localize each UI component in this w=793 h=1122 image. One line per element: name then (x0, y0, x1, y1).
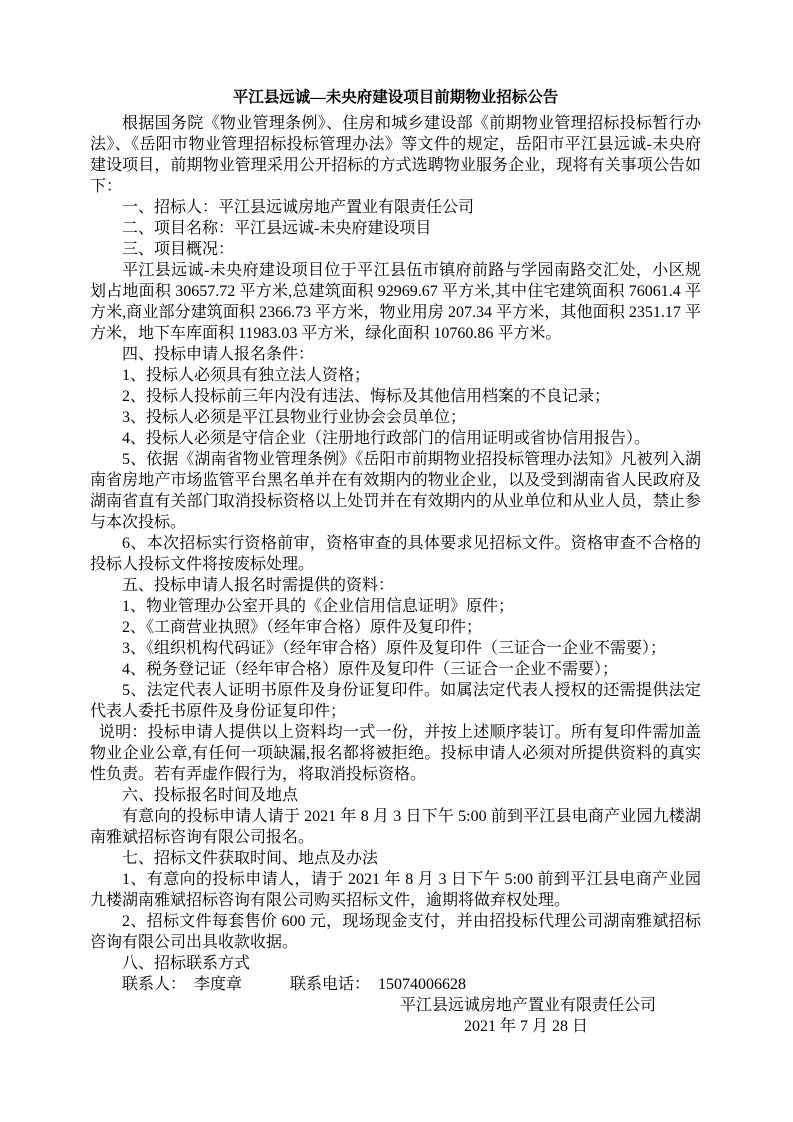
paragraph: 2021 年 7 月 28 日 (90, 1016, 701, 1037)
paragraph: 3、投标人必须是平江县物业行业协会会员单位； (90, 407, 701, 428)
paragraph: 七、招标文件获取时间、地点及办法 (90, 848, 701, 869)
paragraph: 4、税务登记证（经年审合格）原件及复印件（三证合一企业不需要）； (90, 659, 701, 680)
paragraph: 六、投标报名时间及地点 (90, 785, 701, 806)
paragraph: 6、本次招标实行资格前审，资格审查的具体要求见招标文件。资格审查不合格的投标人投… (90, 533, 701, 575)
paragraph: 5、法定代表人证明书原件及身份证复印件。如属法定代表人授权的还需提供法定代表人委… (90, 680, 701, 722)
paragraph: 八、招标联系方式 (90, 953, 701, 974)
paragraph: 一、招标人：平江县远诚房地产置业有限责任公司 (90, 197, 701, 218)
paragraph: 1、物业管理办公室开具的《企业信用信息证明》原件； (90, 596, 701, 617)
paragraph: 2、《工商营业执照》（经年审合格）原件及复印件； (90, 617, 701, 638)
document-page: 平江县远诚—未央府建设项目前期物业招标公告 根据国务院《物业管理条例》、住房和城… (0, 0, 793, 1122)
paragraph: 说明：投标申请人提供以上资料均一式一份，并按上述顺序装订。所有复印件需加盖物业企… (90, 722, 701, 785)
paragraph: 根据国务院《物业管理条例》、住房和城乡建设部《前期物业管理招标投标暂行办法》、《… (90, 113, 701, 197)
paragraph: 1、投标人必须具有独立法人资格； (90, 365, 701, 386)
paragraph: 五、投标申请人报名时需提供的资料： (90, 575, 701, 596)
document-title: 平江县远诚—未央府建设项目前期物业招标公告 (90, 87, 701, 108)
paragraph: 三、项目概况： (90, 239, 701, 260)
paragraph: 2、投标人投标前三年内没有违法、悔标及其他信用档案的不良记录； (90, 386, 701, 407)
paragraph: 有意向的投标申请人请于 2021 年 8 月 3 日下午 5:00 前到平江县电… (90, 806, 701, 848)
paragraph: 5、依据《湖南省物业管理条例》《岳阳市前期物业招投标管理办法知》凡被列入湖南省房… (90, 449, 701, 533)
paragraph: 四、投标申请人报名条件： (90, 344, 701, 365)
document-body: 根据国务院《物业管理条例》、住房和城乡建设部《前期物业管理招标投标暂行办法》、《… (90, 113, 701, 1037)
paragraph: 4、投标人必须是守信企业（注册地行政部门的信用证明或省协信用报告）。 (90, 428, 701, 449)
paragraph: 平江县远诚房地产置业有限责任公司 (90, 995, 701, 1016)
paragraph: 3、《组织机构代码证》（经年审合格）原件及复印件（三证合一企业不需要）； (90, 638, 701, 659)
paragraph: 平江县远诚-未央府建设项目位于平江县伍市镇府前路与学园南路交汇处，小区规划占地面… (90, 260, 701, 344)
paragraph: 1、有意向的投标申请人，请于 2021 年 8 月 3 日下午 5:00 前到平… (90, 869, 701, 911)
paragraph: 联系人： 李度章 联系电话： 15074006628 (90, 974, 701, 995)
paragraph: 2、招标文件每套售价 600 元，现场现金支付，并由招投标代理公司湖南雅斌招标咨… (90, 911, 701, 953)
paragraph: 二、项目名称：平江县远诚-未央府建设项目 (90, 218, 701, 239)
